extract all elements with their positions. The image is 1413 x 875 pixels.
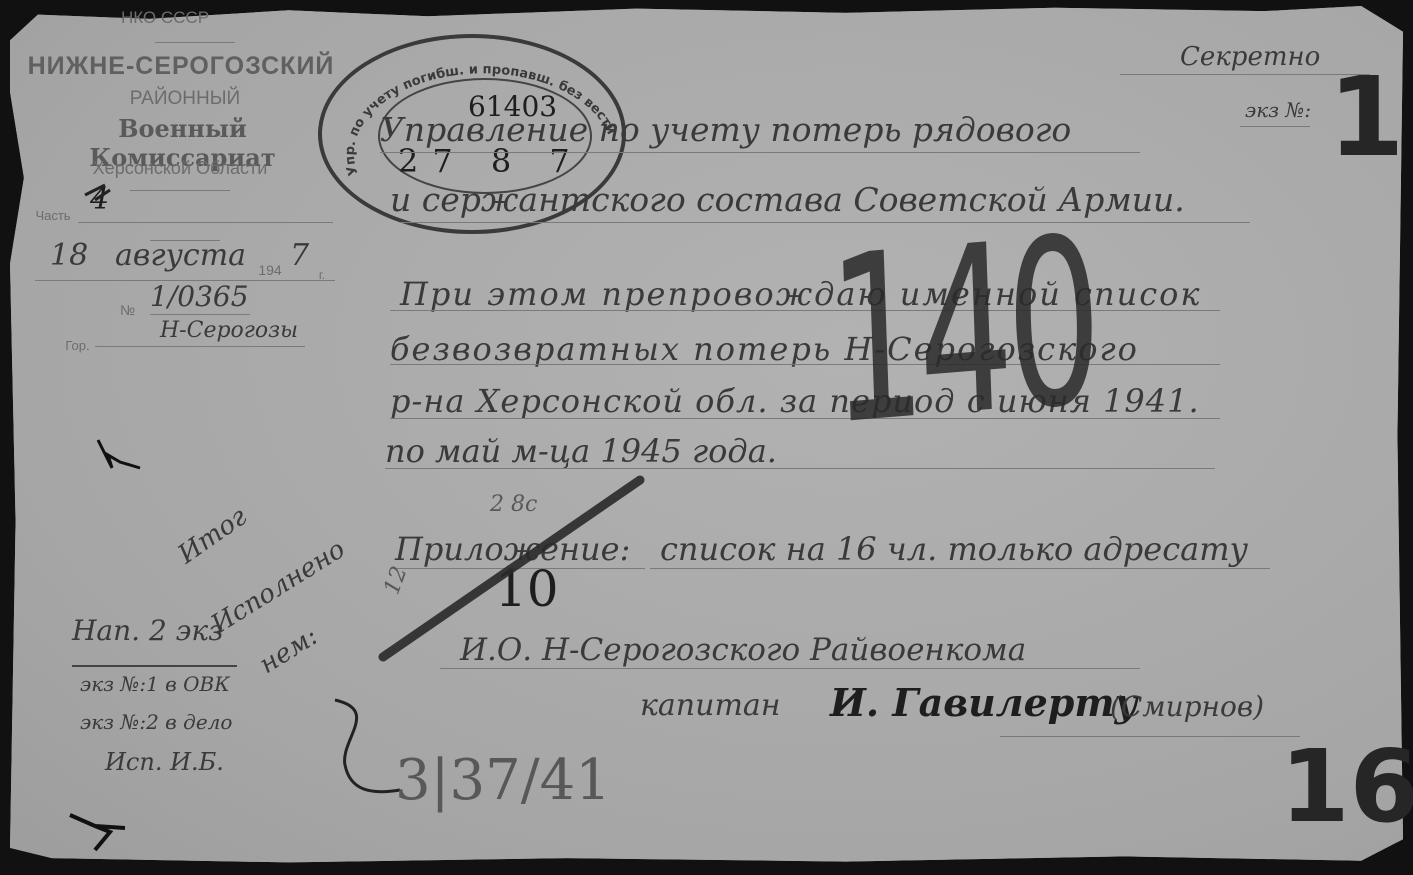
paper-damage — [0, 0, 1413, 875]
